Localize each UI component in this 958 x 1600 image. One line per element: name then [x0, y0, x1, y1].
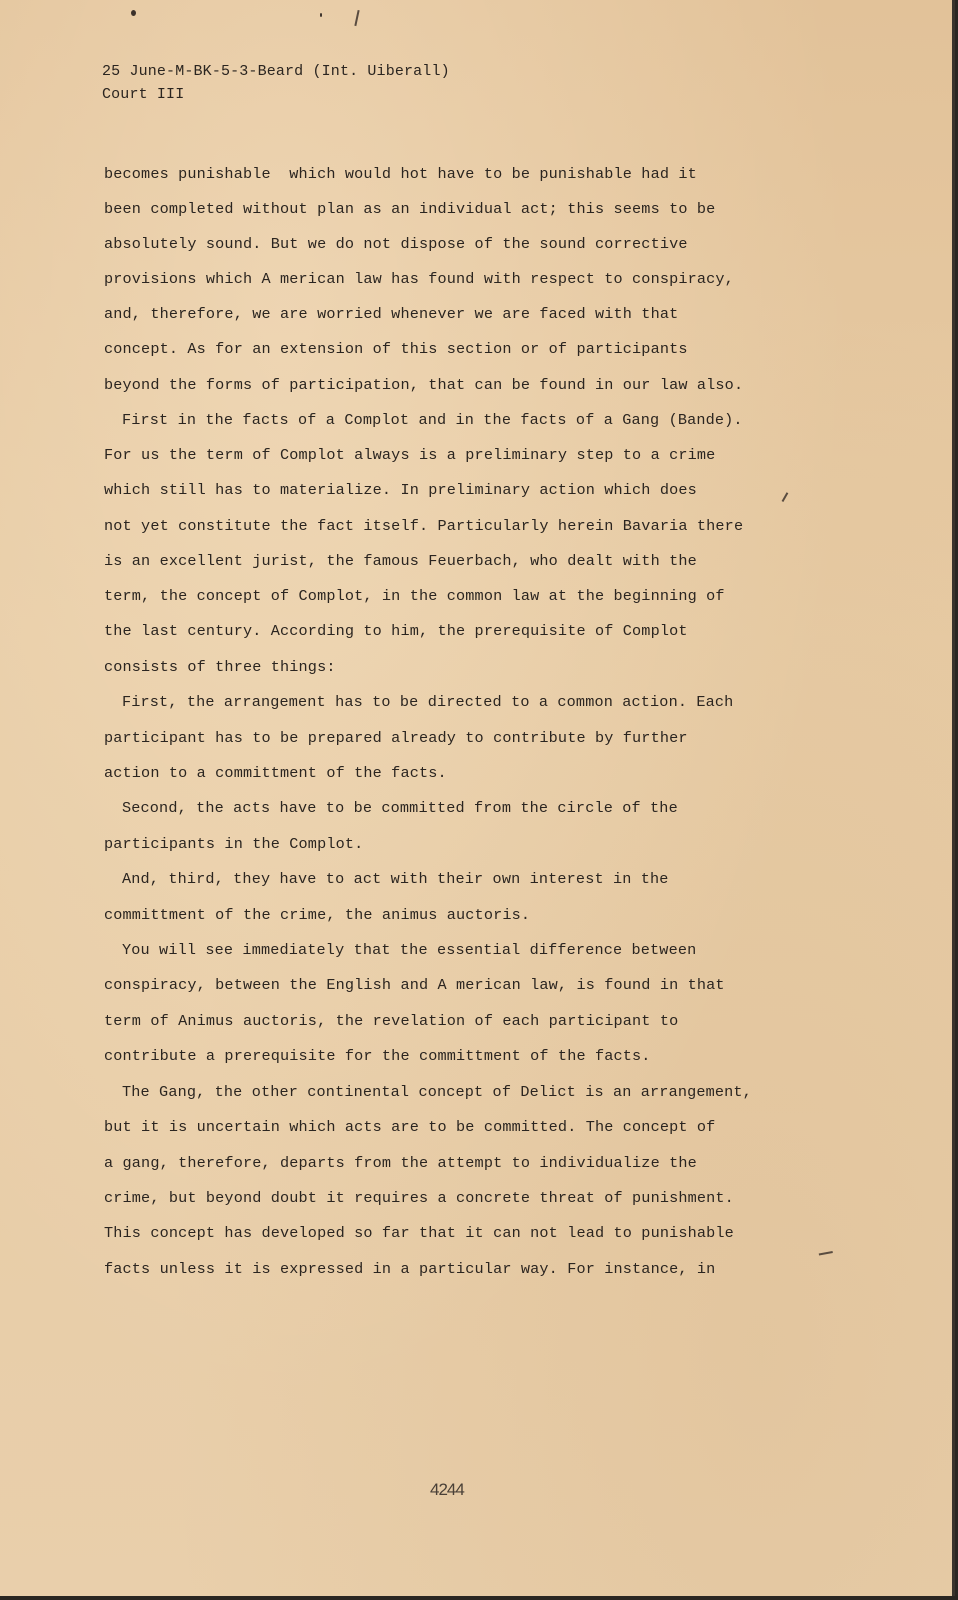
text-line: not yet constitute the fact itself. Part… [104, 517, 743, 535]
ink-scratch [819, 1251, 833, 1255]
page-number: 4244 [430, 1480, 464, 1500]
text-line: This concept has developed so far that i… [104, 1224, 734, 1242]
ink-speck [131, 10, 136, 16]
text-line: becomes punishable which would hot have … [104, 165, 697, 183]
document-page: 25 June-M-BK-5-3-Beard (Int. Uiberall) C… [0, 0, 955, 1596]
text-line: action to a committment of the facts. [104, 764, 447, 782]
text-line: and, therefore, we are worried whenever … [104, 305, 678, 323]
text-line: the last century. According to him, the … [104, 622, 688, 640]
header-line-1: 25 June-M-BK-5-3-Beard (Int. Uiberall) [102, 63, 450, 80]
ink-scratch [354, 10, 359, 26]
text-line: For us the term of Complot always is a p… [104, 446, 715, 464]
text-line: provisions which A merican law has found… [104, 270, 734, 288]
text-line: And, third, they have to act with their … [122, 870, 669, 888]
text-line: absolutely sound. But we do not dispose … [104, 235, 688, 253]
text-line: consists of three things: [104, 658, 336, 676]
text-line: participant has to be prepared already t… [104, 729, 688, 747]
text-line: beyond the forms of participation, that … [104, 376, 743, 394]
text-line: term of Animus auctoris, the revelation … [104, 1012, 678, 1030]
text-line: The Gang, the other continental concept … [122, 1083, 752, 1101]
text-line: contribute a prerequisite for the commit… [104, 1047, 651, 1065]
ink-scratch [782, 492, 788, 501]
text-line: is an excellent jurist, the famous Feuer… [104, 552, 697, 570]
text-line: a gang, therefore, departs from the atte… [104, 1154, 697, 1172]
text-line: concept. As for an extension of this sec… [104, 340, 688, 358]
text-line: First, the arrangement has to be directe… [122, 693, 733, 711]
text-line: which still has to materialize. In preli… [104, 481, 697, 499]
text-line: but it is uncertain which acts are to be… [104, 1118, 715, 1136]
text-line: First in the facts of a Complot and in t… [122, 411, 743, 429]
text-line: committment of the crime, the animus auc… [104, 906, 530, 924]
text-line: participants in the Complot. [104, 835, 363, 853]
text-line: Second, the acts have to be committed fr… [122, 799, 678, 817]
header-line-2: Court III [102, 86, 184, 103]
text-line: conspiracy, between the English and A me… [104, 976, 725, 994]
text-line: crime, but beyond doubt it requires a co… [104, 1189, 734, 1207]
text-line: term, the concept of Complot, in the com… [104, 587, 725, 605]
text-line: been completed without plan as an indivi… [104, 200, 715, 218]
text-line: You will see immediately that the essent… [122, 941, 696, 959]
ink-speck [320, 13, 322, 17]
text-line: facts unless it is expressed in a partic… [104, 1260, 715, 1278]
